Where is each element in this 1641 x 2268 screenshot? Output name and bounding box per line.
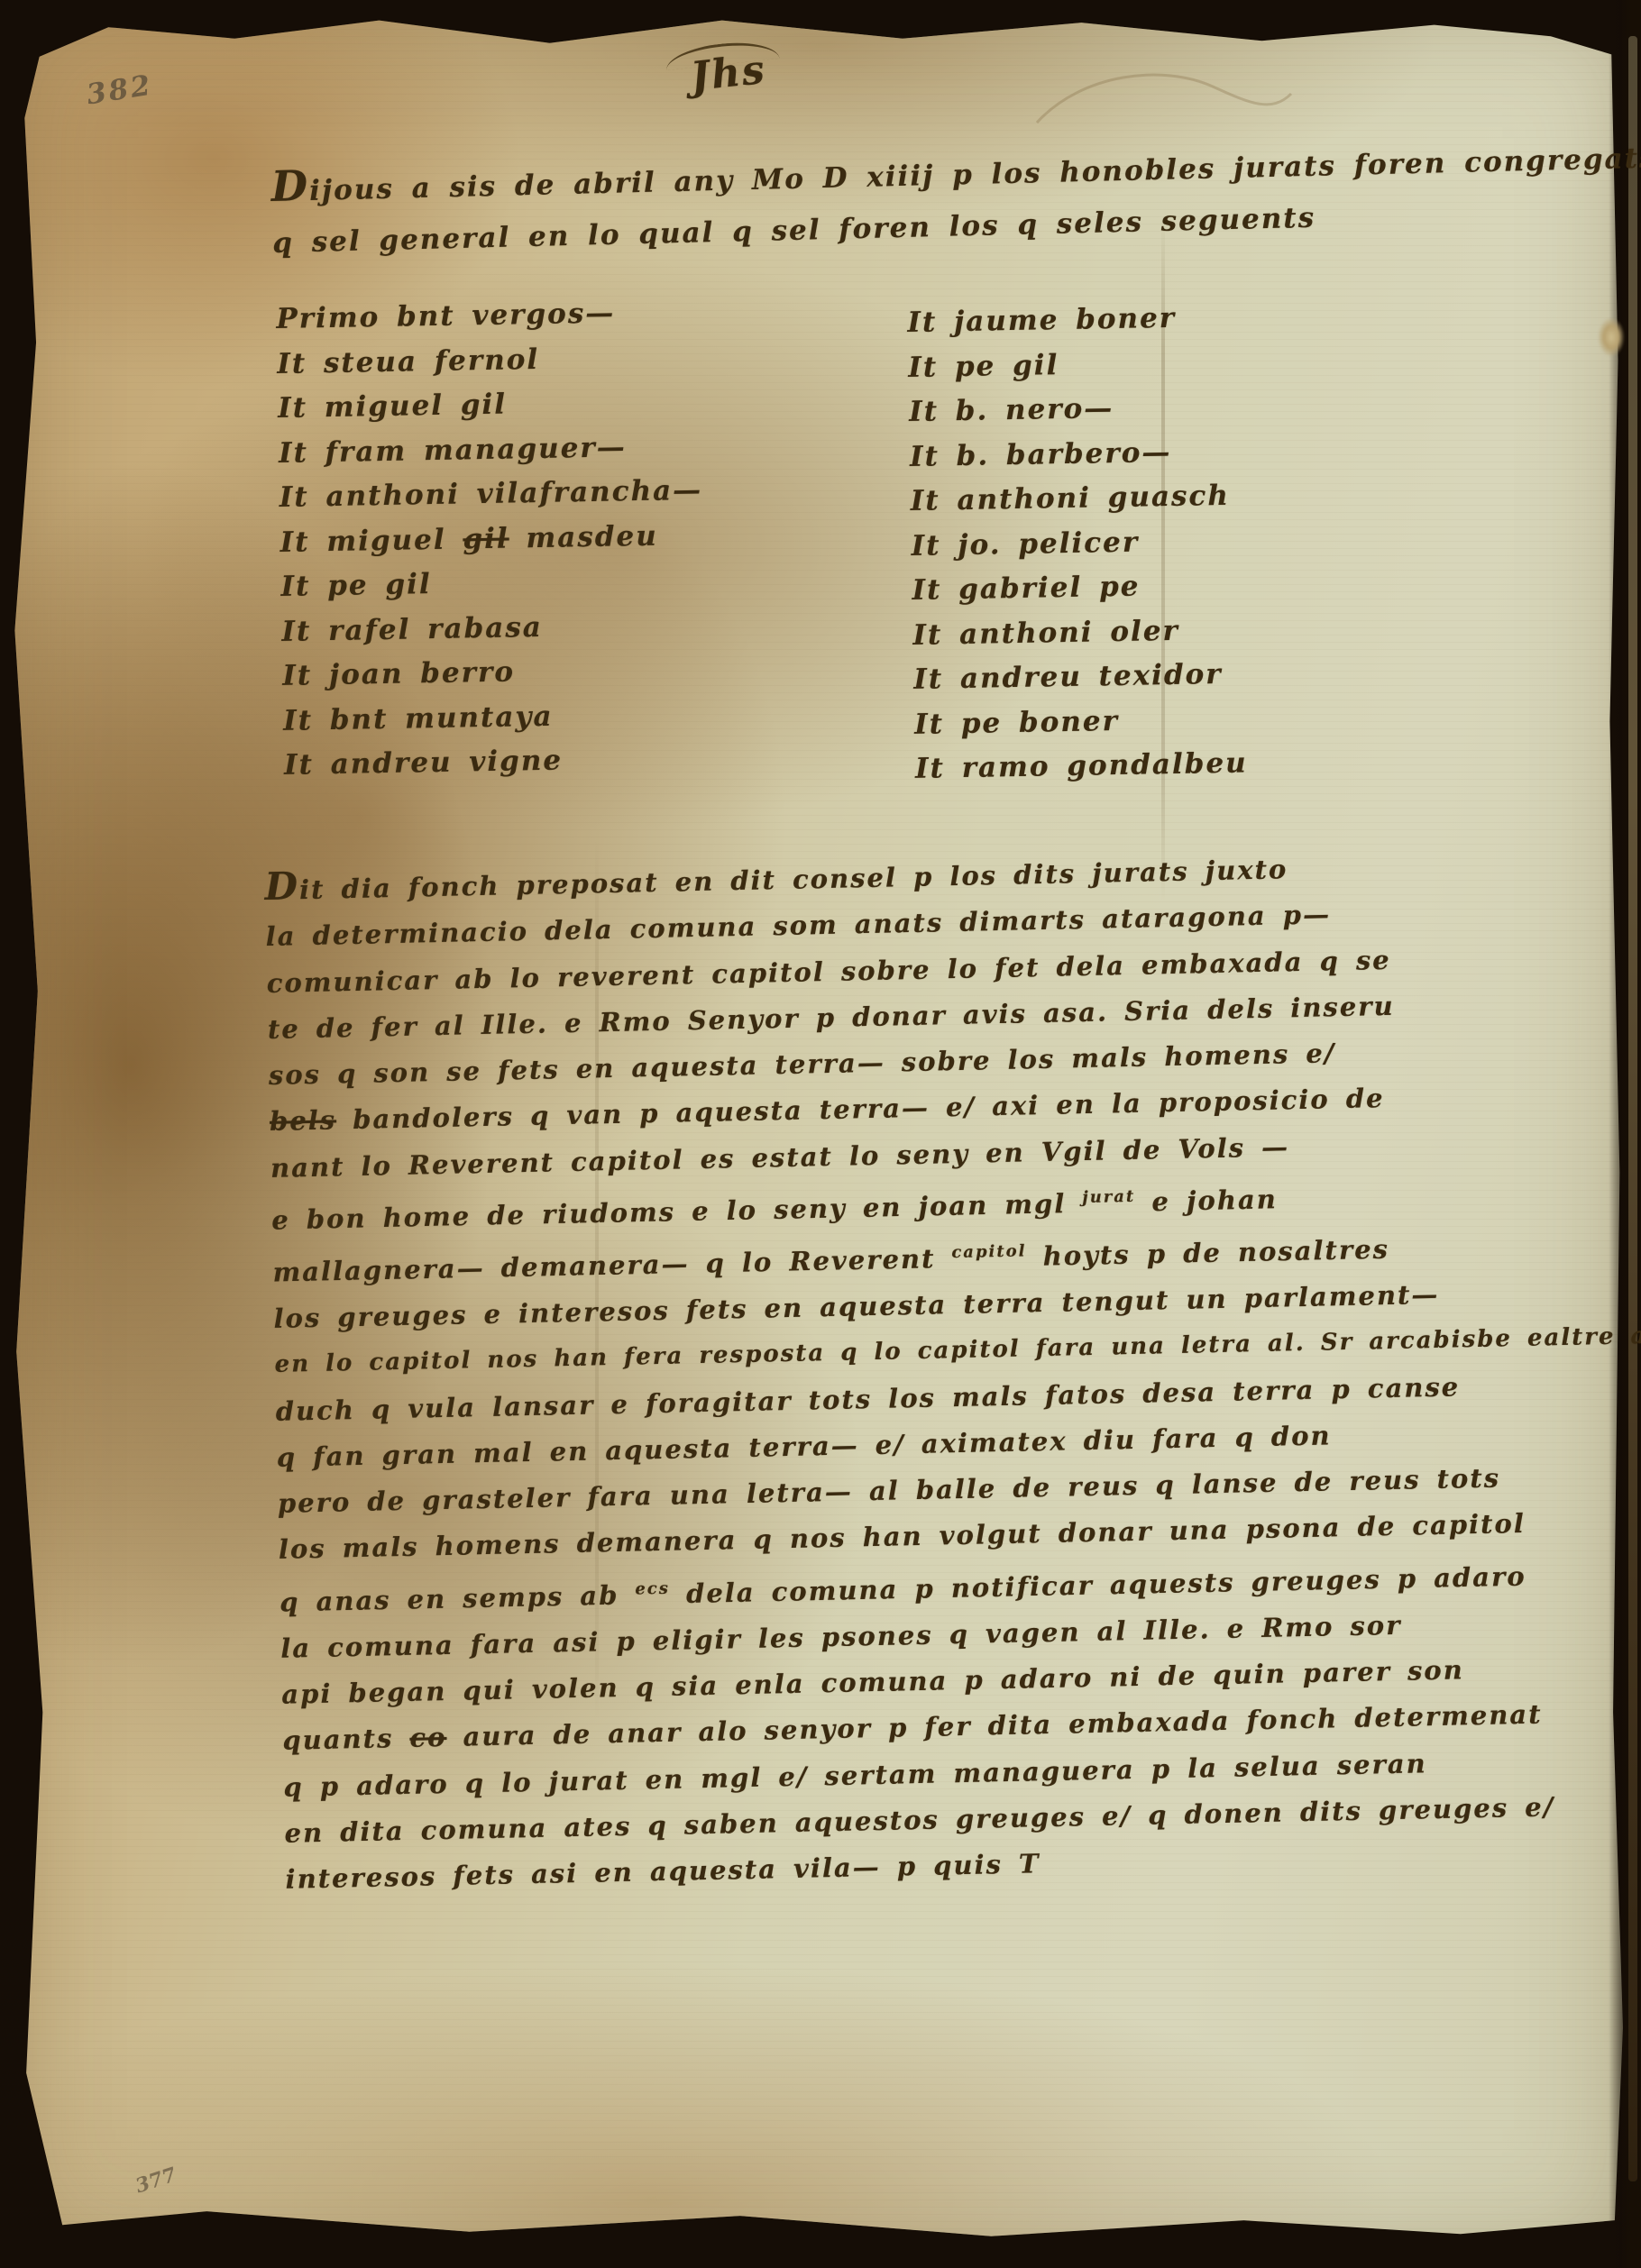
- name-entry: It anthoni vilafrancha—: [279, 469, 702, 521]
- name-entry: It pe boner: [914, 697, 1247, 747]
- name-entry: It joan berro: [282, 647, 706, 700]
- ihs-monogram: Jhs: [689, 47, 768, 100]
- name-entry: It rafel rabasa: [281, 602, 705, 654]
- name-entry: It jo. pelicer: [911, 518, 1243, 569]
- name-entry: It anthoni guasch: [910, 474, 1242, 525]
- name-entry: Primo bnt vergos—: [276, 290, 700, 343]
- name-entry: It jaume boner: [907, 296, 1240, 346]
- name-entry: It andreu vigne: [284, 736, 708, 789]
- name-entry: It miguel gil: [278, 380, 701, 432]
- name-entry: It bnt muntaya: [283, 691, 707, 744]
- manuscript-scan: { "page": { "folio_top": "382", "folio_b…: [0, 0, 1641, 2268]
- name-entry: It andreu texidor: [913, 653, 1246, 703]
- names-left-column: Primo bnt vergos—It steua fernolIt migue…: [276, 290, 708, 789]
- name-entry: It pe gil: [908, 340, 1241, 390]
- name-entry: It gabriel pe: [912, 563, 1244, 614]
- name-entry: It steua fernol: [277, 334, 701, 387]
- name-entry: It b. barbero—: [910, 429, 1242, 480]
- minutes-paragraph: Dit dia fonch preposat en dit consel p l…: [264, 833, 1641, 1903]
- names-right-column: It jaume bonerIt pe gilIt b. nero—It b. …: [907, 296, 1248, 792]
- name-entry: It b. nero—: [909, 385, 1242, 435]
- name-entry: It anthoni oler: [912, 608, 1245, 658]
- name-entry: It pe gil: [280, 558, 704, 610]
- ink-showthrough-mark: [1028, 59, 1298, 141]
- name-entry: It miguel gil masdeu: [280, 513, 703, 565]
- name-entry: It fram managuer—: [279, 424, 702, 476]
- binding-thread: [1598, 317, 1625, 357]
- name-entry: It ramo gondalbeu: [915, 741, 1248, 791]
